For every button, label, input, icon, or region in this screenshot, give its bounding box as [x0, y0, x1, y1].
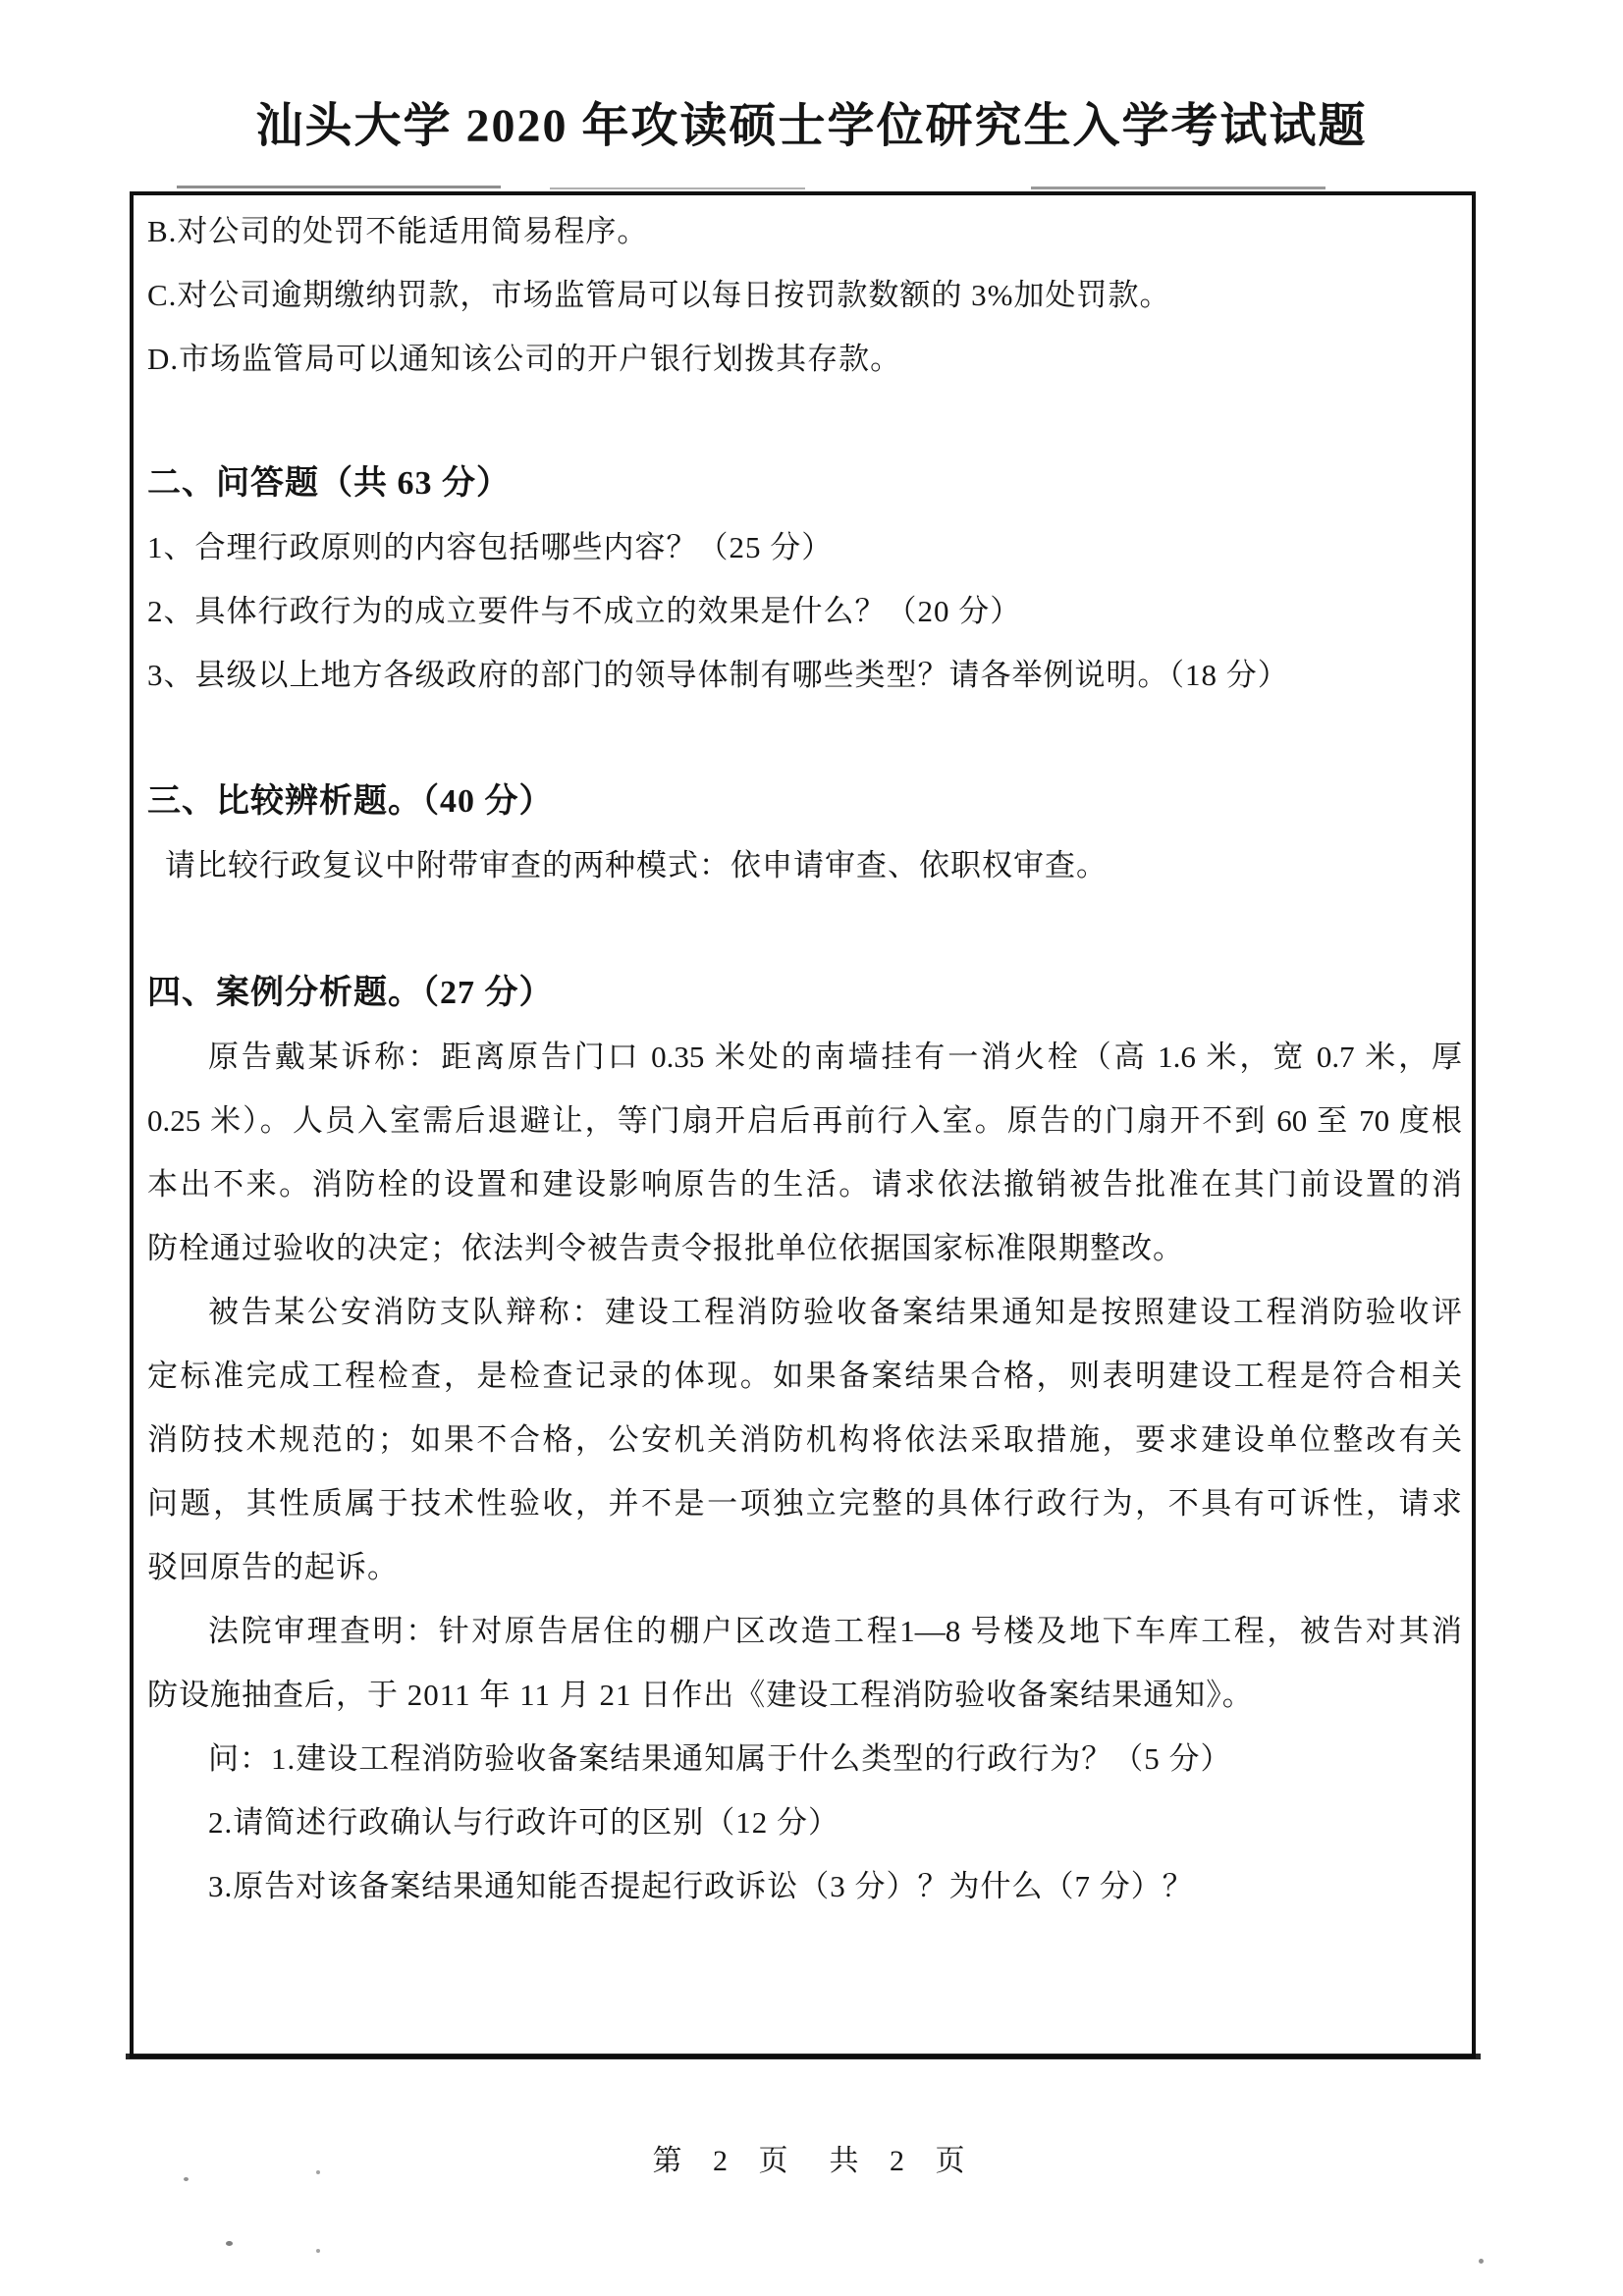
- scan-speck: [226, 2241, 233, 2246]
- case-question-3: 3.原告对该备案结果通知能否提起行政诉讼（3 分）？为什么（7 分）？: [147, 1854, 1462, 1918]
- page-number-footer: 第 2 页 共 2 页: [0, 2132, 1623, 2191]
- section-four-heading: 四、案例分析题。（27 分）: [147, 961, 1462, 1025]
- scan-speck: [316, 2170, 320, 2174]
- defendant-reply-line-2: 定标准完成工程检查，是检查记录的体现。如果备案结果合格，则表明建设工程是符合相关: [147, 1344, 1462, 1408]
- scan-speck: [184, 2177, 189, 2181]
- exam-content-frame: B.对公司的处罚不能适用简易程序。 C.对公司逾期缴纳罚款，市场监管局可以每日按…: [130, 191, 1476, 2058]
- plaintiff-claim-line-3: 本出不来。消防栓的设置和建设影响原告的生活。请求依法撤销被告批准在其门前设置的消: [147, 1152, 1462, 1216]
- scan-bottom-border: [126, 2054, 1481, 2059]
- scan-smudge: [1031, 187, 1325, 189]
- case-question-1: 问：1.建设工程消防验收备案结果通知属于什么类型的行政行为？（5 分）: [147, 1727, 1462, 1790]
- choice-option-c: C.对公司逾期缴纳罚款，市场监管局可以每日按罚款数额的 3%加处罚款。: [147, 263, 1462, 327]
- defendant-reply-line-5: 驳回原告的起诉。: [147, 1535, 1462, 1599]
- section-two-question-2: 2、具体行政行为的成立要件与不成立的效果是什么？（20 分）: [147, 579, 1462, 643]
- scan-smudge: [550, 187, 805, 189]
- section-three-heading: 三、比较辨析题。（40 分）: [147, 770, 1462, 833]
- section-two-question-1: 1、合理行政原则的内容包括哪些内容？（25 分）: [147, 515, 1462, 579]
- scan-smudge: [177, 186, 501, 188]
- plaintiff-claim-line-1: 原告戴某诉称：距离原告门口 0.35 米处的南墙挂有一消火栓（高 1.6 米，宽…: [147, 1025, 1462, 1089]
- section-two-heading: 二、问答题（共 63 分）: [147, 452, 1462, 515]
- scanned-exam-page: 汕头大学 2020 年攻读硕士学位研究生入学考试试题 B.对公司的处罚不能适用简…: [0, 0, 1623, 2296]
- court-finding-line-1: 法院审理查明：针对原告居住的棚户区改造工程1—8 号楼及地下车库工程，被告对其消: [147, 1599, 1462, 1663]
- section-three-prompt: 请比较行政复议中附带审查的两种模式：依申请审查、依职权审查。: [147, 833, 1462, 897]
- defendant-reply-line-4: 问题，其性质属于技术性验收，并不是一项独立完整的具体行政行为，不具有可诉性，请求: [147, 1471, 1462, 1535]
- choice-option-b: B.对公司的处罚不能适用简易程序。: [147, 199, 1462, 263]
- defendant-reply-line-1: 被告某公安消防支队辩称：建设工程消防验收备案结果通知是按照建设工程消防验收评: [147, 1280, 1462, 1344]
- scan-speck: [1479, 2259, 1484, 2264]
- court-finding-line-2: 防设施抽查后，于 2011 年 11 月 21 日作出《建设工程消防验收备案结果…: [147, 1663, 1462, 1727]
- case-question-2: 2.请简述行政确认与行政许可的区别（12 分）: [147, 1790, 1462, 1854]
- section-two-question-3: 3、县级以上地方各级政府的部门的领导体制有哪些类型？请各举例说明。（18 分）: [147, 643, 1462, 707]
- scan-speck: [316, 2249, 320, 2253]
- choice-option-d: D.市场监管局可以通知该公司的开户银行划拨其存款。: [147, 327, 1462, 391]
- plaintiff-claim-line-2: 0.25 米）。人员入室需后退避让，等门扇开启后再前行入室。原告的门扇开不到 6…: [147, 1089, 1462, 1152]
- exam-title: 汕头大学 2020 年攻读硕士学位研究生入学考试试题: [0, 96, 1623, 157]
- plaintiff-claim-line-4: 防栓通过验收的决定；依法判令被告责令报批单位依据国家标准限期整改。: [147, 1216, 1462, 1280]
- defendant-reply-line-3: 消防技术规范的；如果不合格，公安机关消防机构将依法采取措施，要求建设单位整改有关: [147, 1408, 1462, 1471]
